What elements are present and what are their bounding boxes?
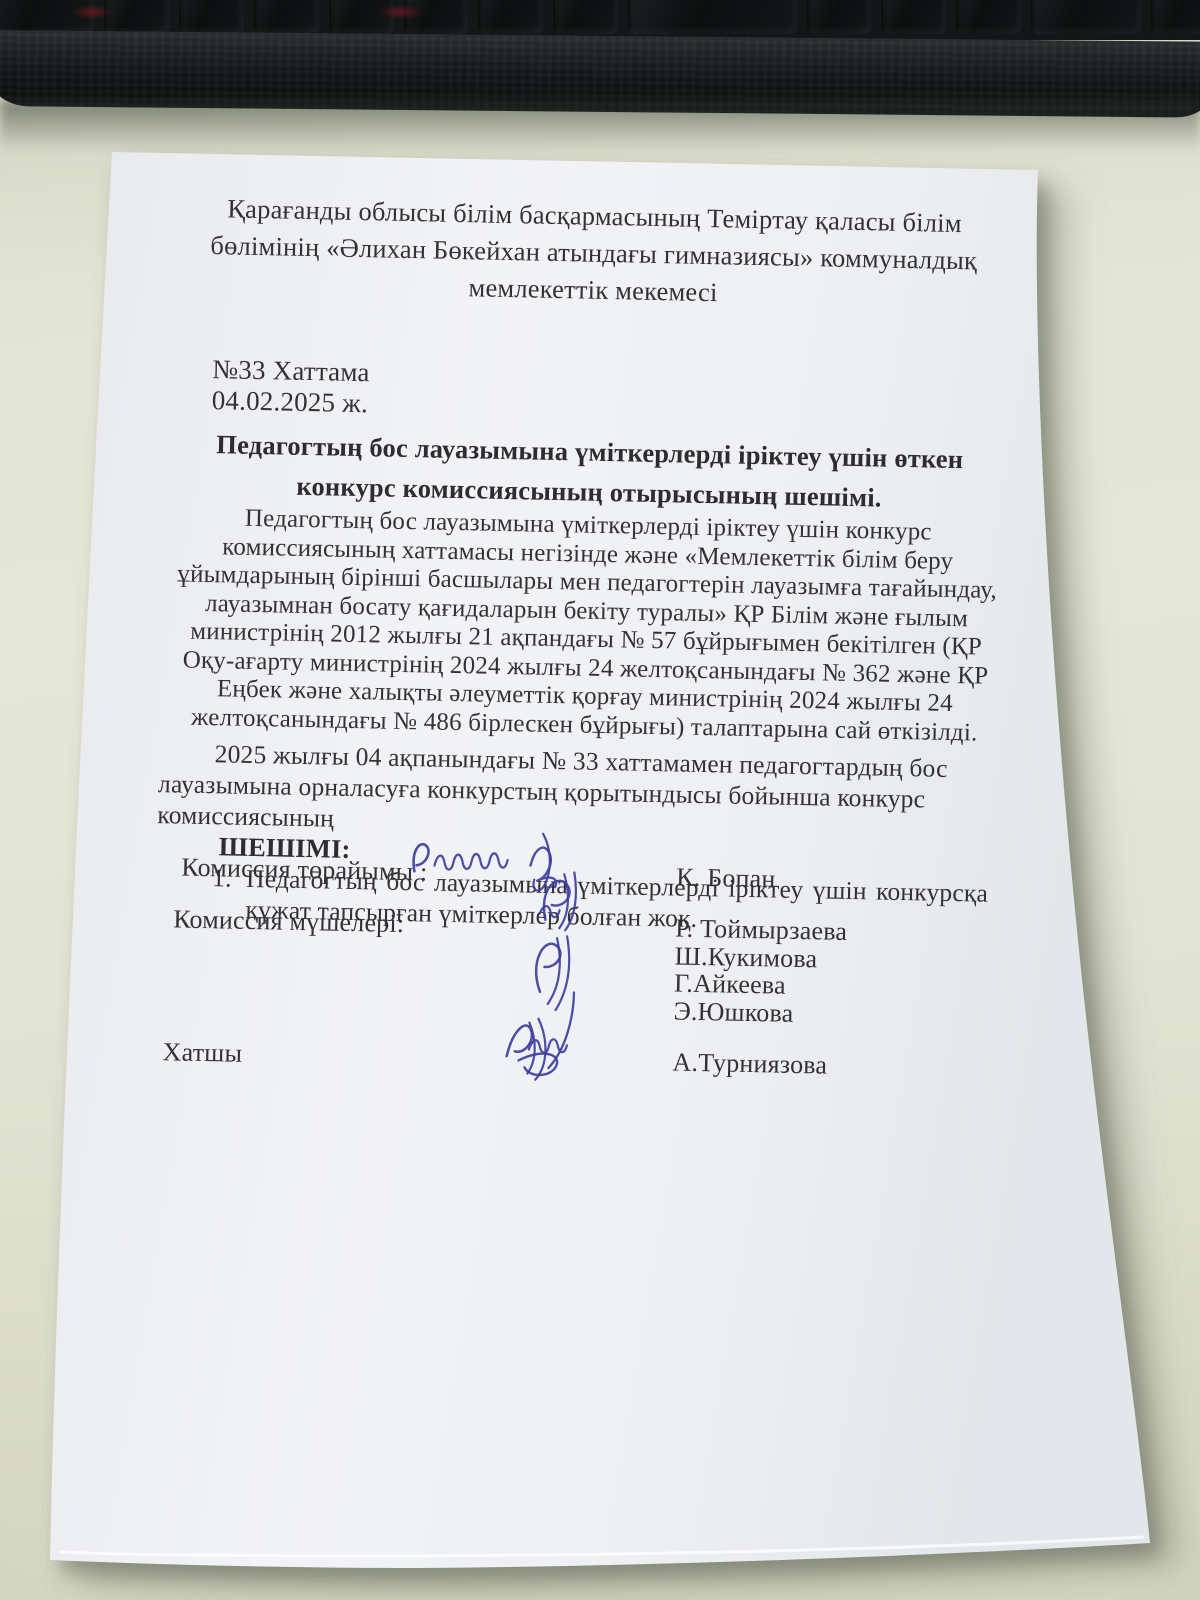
- photo-frame: Қарағанды облысы білім басқармасының Тем…: [0, 0, 1200, 1600]
- photo-vignette: [0, 0, 1200, 1600]
